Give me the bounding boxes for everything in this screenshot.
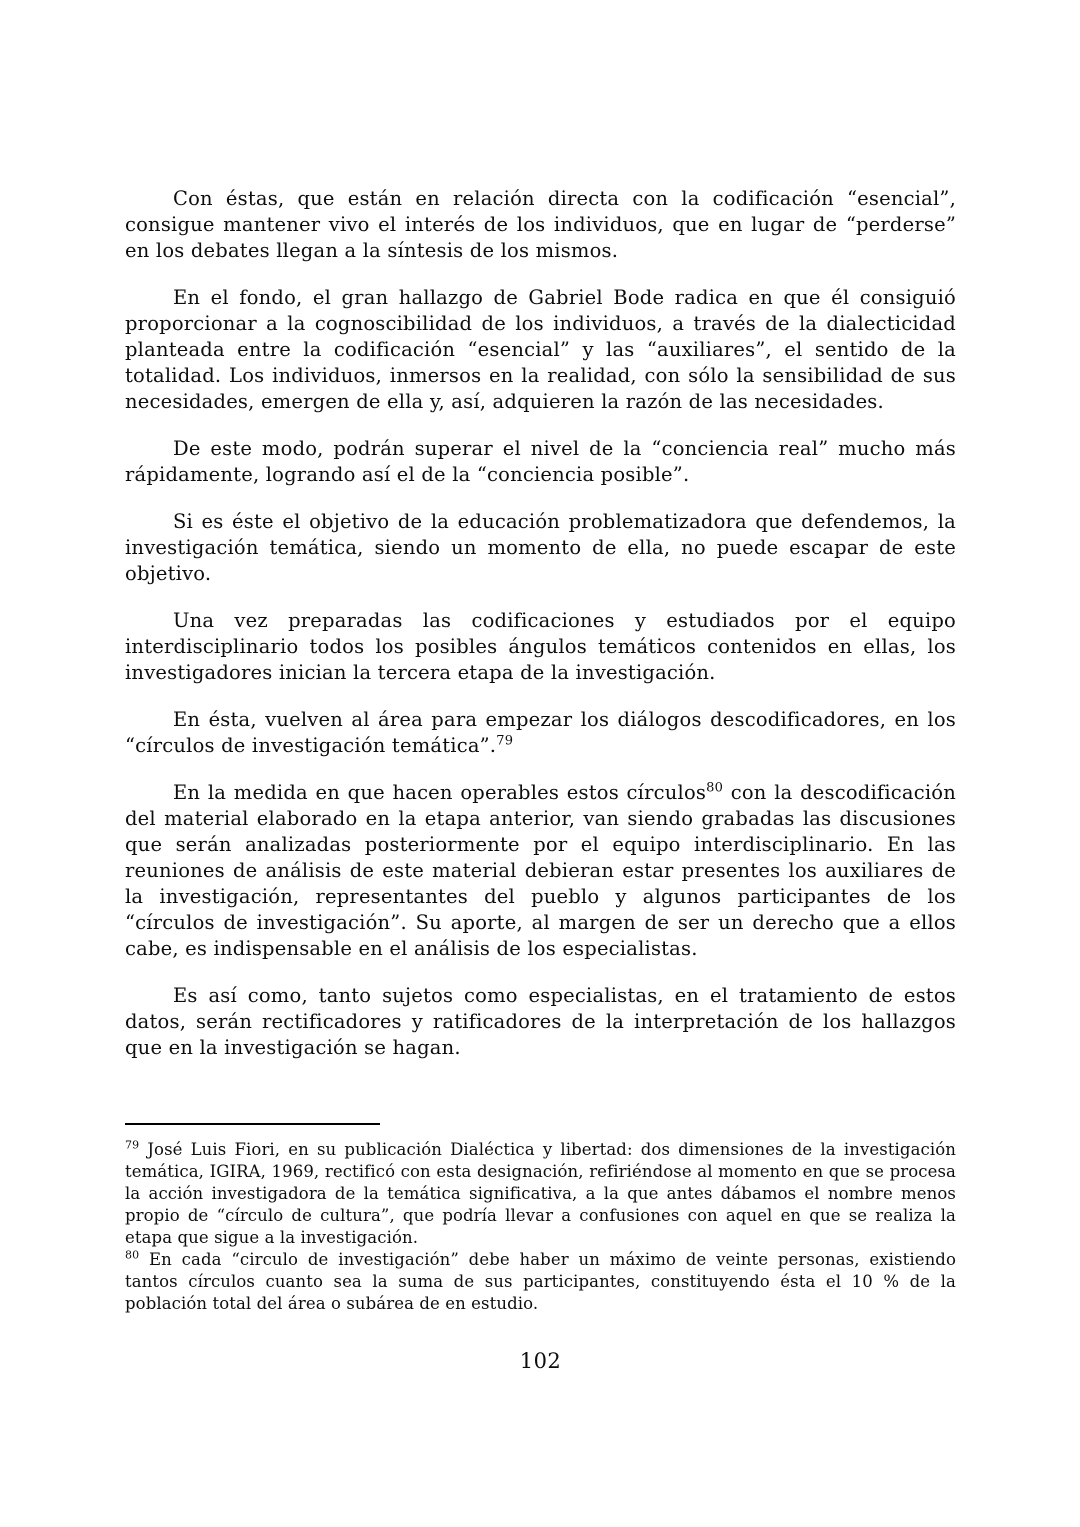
footnote-79: 79 José Luis Fiori, en su publicación Di… xyxy=(125,1139,956,1249)
footnote-79-marker: 79 xyxy=(125,1139,139,1152)
footnote-80-marker: 80 xyxy=(125,1249,139,1262)
paragraph-2-text: En el fondo, el gran hallazgo de Gabriel… xyxy=(125,286,956,413)
paragraph-1: Con éstas, que están en relación directa… xyxy=(125,186,956,264)
footnote-80: 80 En cada “circulo de investigación” de… xyxy=(125,1249,956,1315)
footnote-80-text: En cada “circulo de investigación” debe … xyxy=(125,1250,956,1313)
paragraph-7-text-pre: En la medida en que hacen operables esto… xyxy=(173,781,706,804)
paragraph-5: Una vez preparadas las codificaciones y … xyxy=(125,608,956,686)
paragraph-4-text: Si es éste el objetivo de la educación p… xyxy=(125,510,956,585)
paragraph-3: De este modo, podrán superar el nivel de… xyxy=(125,436,956,488)
paragraph-6: En ésta, vuelven al área para empezar lo… xyxy=(125,707,956,759)
paragraph-5-text: Una vez preparadas las codificaciones y … xyxy=(125,609,956,684)
paragraph-2: En el fondo, el gran hallazgo de Gabriel… xyxy=(125,285,956,415)
paragraph-6-text: En ésta, vuelven al área para empezar lo… xyxy=(125,708,956,757)
footnote-separator xyxy=(125,1123,380,1125)
paragraph-8-text: Es así como, tanto sujetos como especial… xyxy=(125,984,956,1059)
footnote-ref-79: 79 xyxy=(496,734,513,749)
page-number: 102 xyxy=(125,1349,956,1373)
paragraph-7-text-post: con la descodificación del material elab… xyxy=(125,781,956,960)
paragraph-4: Si es éste el objetivo de la educación p… xyxy=(125,509,956,587)
text-block: Con éstas, que están en relación directa… xyxy=(125,186,956,1373)
document-page: Con éstas, que están en relación directa… xyxy=(0,0,1080,1527)
paragraph-8: Es así como, tanto sujetos como especial… xyxy=(125,983,956,1061)
footnotes-section: 79 José Luis Fiori, en su publicación Di… xyxy=(125,1123,956,1315)
footnote-79-text: José Luis Fiori, en su publicación Dialé… xyxy=(125,1140,956,1247)
footnote-ref-80: 80 xyxy=(706,781,723,796)
paragraph-1-text: Con éstas, que están en relación directa… xyxy=(125,187,956,262)
paragraph-3-text: De este modo, podrán superar el nivel de… xyxy=(125,437,956,486)
paragraph-7: En la medida en que hacen operables esto… xyxy=(125,780,956,962)
